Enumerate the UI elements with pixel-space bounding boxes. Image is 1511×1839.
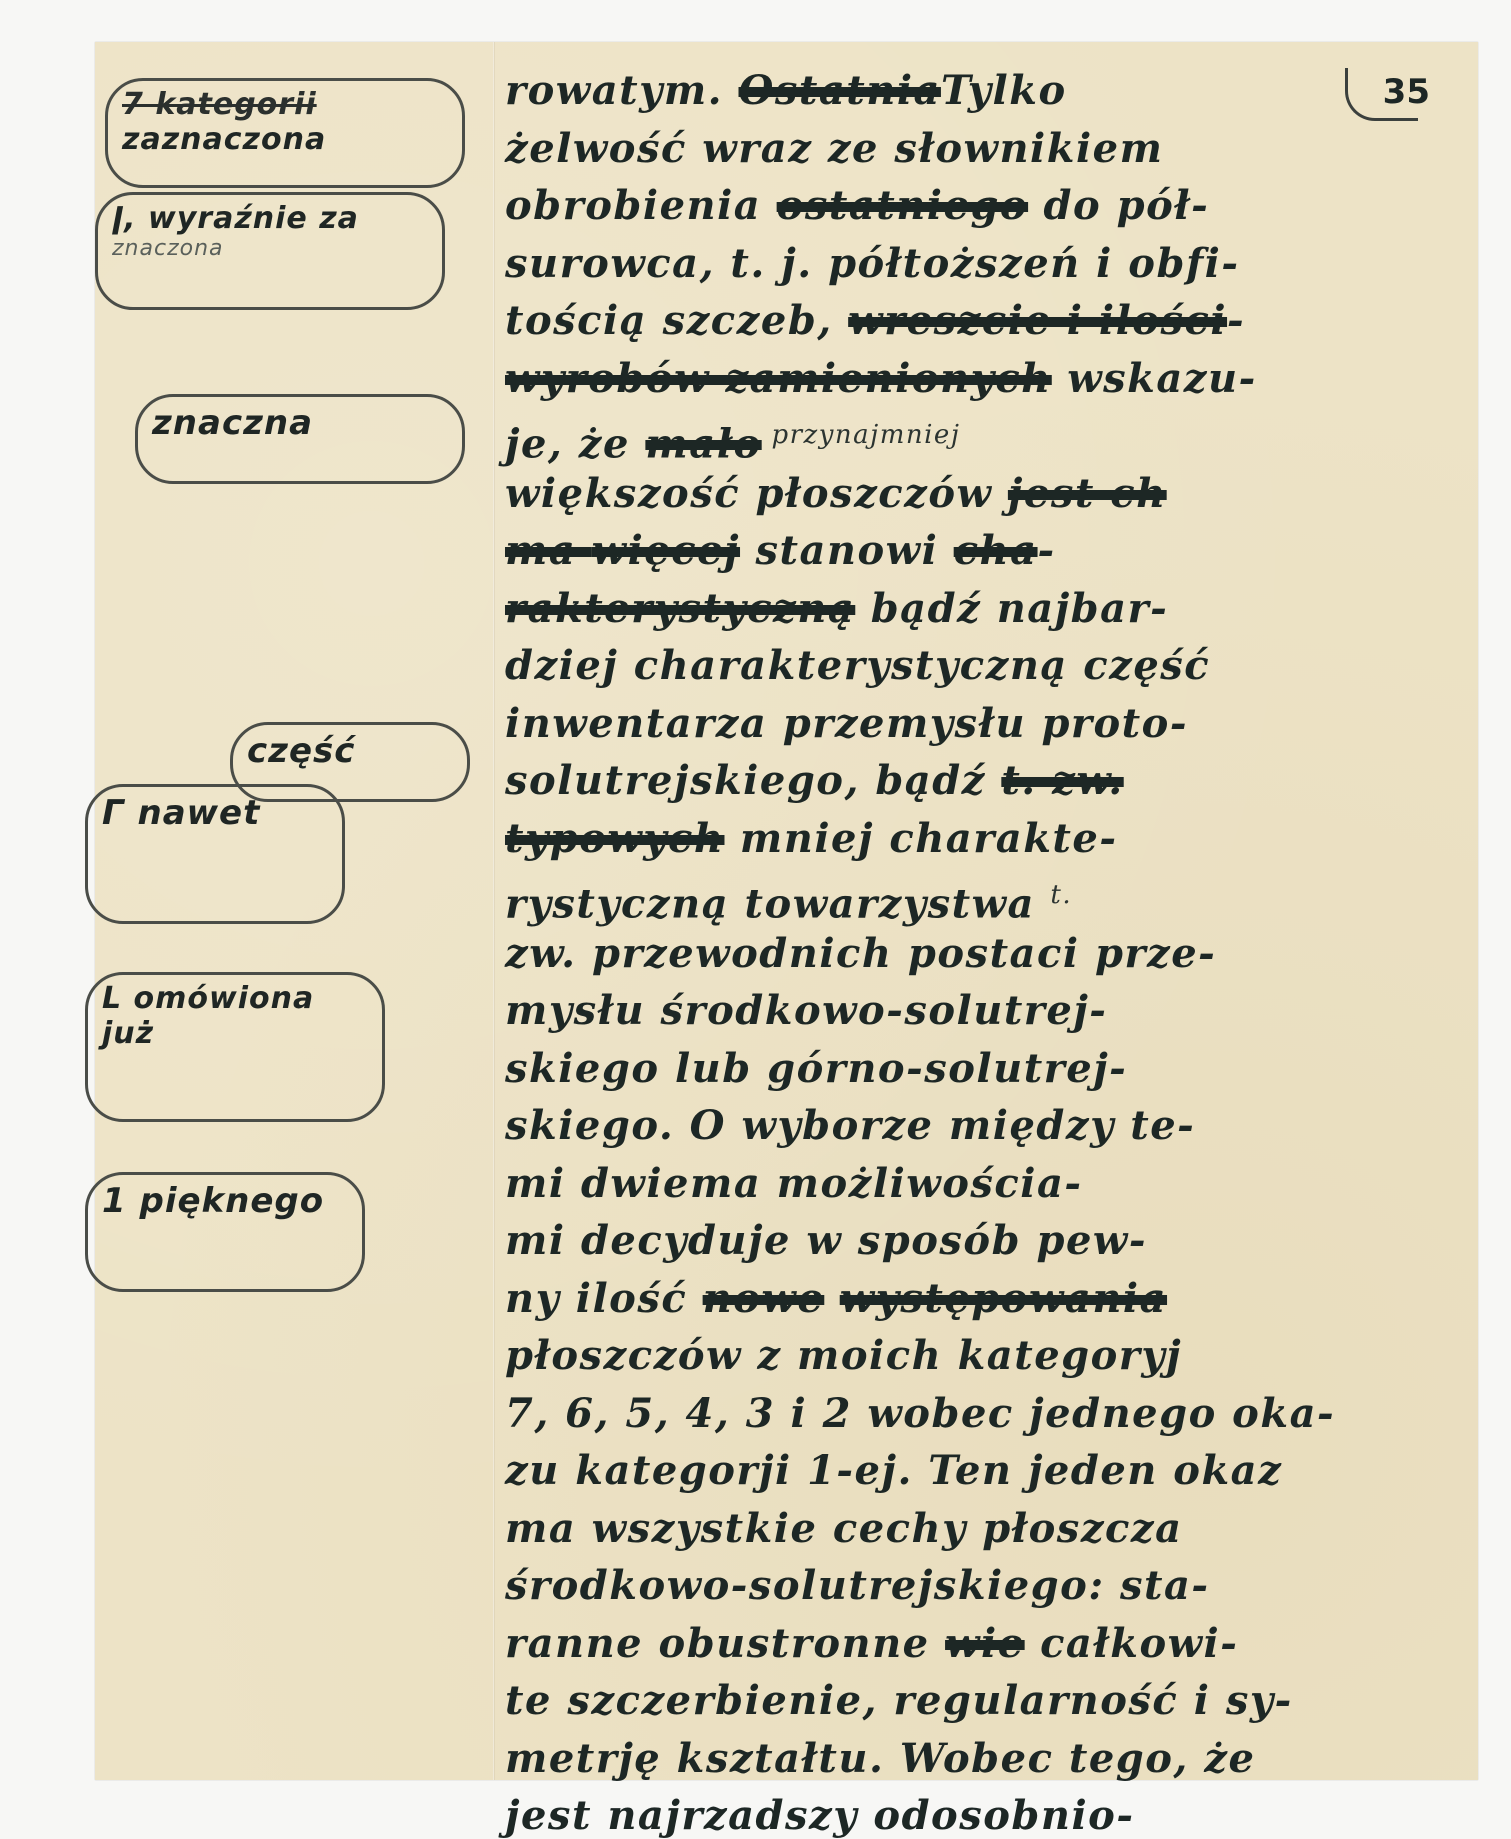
text-line: rystyczną towarzystwa t. <box>505 867 1465 925</box>
margin-note-line: znaczna <box>152 403 448 443</box>
text-line: je, że mało przynajmniej <box>505 407 1465 465</box>
text-line: skiego lub górno-solutrej- <box>505 1040 1465 1098</box>
text-segment: rystyczną towarzystwa <box>505 880 1050 927</box>
text-line: tością szczeb, wreszcie i ilości- <box>505 292 1465 350</box>
struck-text: wie <box>945 1620 1025 1667</box>
text-segment: skiego. O wyborze między te- <box>505 1102 1195 1149</box>
margin-note-line: 1 pięknego <box>102 1181 348 1221</box>
text-segment: mysłu środkowo-solutrej- <box>505 987 1107 1034</box>
text-line: typowych mniej charakte- <box>505 810 1465 868</box>
text-line: większość płoszczów jest ch <box>505 465 1465 523</box>
margin-column: 7 kategoriizaznaczonaǀ, wyraźnie zaznacz… <box>95 42 493 1780</box>
fold-line <box>493 42 495 1780</box>
margin-note-line: zaznaczona <box>122 122 448 157</box>
struck-text: wyrobów zamienionych <box>505 355 1052 402</box>
text-segment: stanowi <box>740 527 954 574</box>
inserted-text: przynajmniej <box>762 420 961 450</box>
struck-text: cha <box>954 527 1038 574</box>
margin-note-line: Γ nawet <box>102 793 328 833</box>
struck-text: jest ch <box>1008 470 1167 517</box>
margin-note: ǀ, wyraźnie zaznaczona <box>95 192 445 310</box>
text-line: zw. przewodnich postaci prze- <box>505 925 1465 983</box>
text-line: jest najrzadszy odosobnio- <box>505 1787 1465 1839</box>
text-line: środkowo-solutrejskiego: sta- <box>505 1557 1465 1615</box>
margin-note-line: już <box>102 1016 368 1051</box>
text-segment: inwentarza przemysłu proto- <box>505 700 1188 747</box>
text-segment: ny ilość <box>505 1275 703 1322</box>
margin-note: znaczna <box>135 394 465 484</box>
text-segment: wskazu- <box>1052 355 1257 402</box>
margin-note: L omówionajuż <box>85 972 385 1122</box>
text-segment: dziej charakterystyczną część <box>505 642 1210 689</box>
struck-text: występowania <box>840 1275 1167 1322</box>
text-line: rakterystyczną bądź najbar- <box>505 580 1465 638</box>
text-segment: solutrejskiego, bądź <box>505 757 1001 804</box>
manuscript-page: 7 kategoriizaznaczonaǀ, wyraźnie zaznacz… <box>95 42 1478 1780</box>
text-line: solutrejskiego, bądź t. zw. <box>505 752 1465 810</box>
text-segment: bądź najbar- <box>855 585 1168 632</box>
text-segment: zu kategorji 1-ej. Ten jeden okaz <box>505 1447 1282 1494</box>
margin-note-line: ǀ, wyraźnie za <box>112 201 428 236</box>
struck-text: rakterystyczną <box>505 585 855 632</box>
text-line: żelwość wraz ze słownikiem <box>505 120 1465 178</box>
text-segment: skiego lub górno-solutrej- <box>505 1045 1127 1092</box>
text-segment: mniej charakte- <box>724 815 1117 862</box>
margin-note-line: L omówiona <box>102 981 368 1016</box>
text-segment: jest najrzadszy odosobnio- <box>505 1792 1134 1839</box>
text-line: inwentarza przemysłu proto- <box>505 695 1465 753</box>
text-segment <box>824 1275 839 1322</box>
text-segment: płoszczów z moich kategoryj <box>505 1332 1182 1379</box>
text-segment: rowatym. <box>505 67 739 114</box>
struck-text: Ostatnia <box>739 67 941 114</box>
text-line: ma wszystkie cechy płoszcza <box>505 1500 1465 1558</box>
text-segment: ranne obustronne <box>505 1620 945 1667</box>
struck-text: więcej <box>592 527 740 574</box>
margin-note-line: część <box>247 731 453 771</box>
text-line: zu kategorji 1-ej. Ten jeden okaz <box>505 1442 1465 1500</box>
struck-text: t. zw. <box>1001 757 1123 804</box>
text-line: 7, 6, 5, 4, 3 i 2 wobec jednego oka- <box>505 1385 1465 1443</box>
margin-note: Γ nawet <box>85 784 345 924</box>
text-segment: środkowo-solutrejskiego: sta- <box>505 1562 1210 1609</box>
struck-text: mało <box>645 420 761 467</box>
text-segment: - <box>1227 297 1245 344</box>
inserted-text: t. <box>1050 880 1072 910</box>
text-segment: mi dwiema możliwościa- <box>505 1160 1082 1207</box>
struck-text: ma <box>505 527 592 574</box>
text-line: ranne obustronne wie całkowi- <box>505 1615 1465 1673</box>
struck-text: nowe <box>703 1275 825 1322</box>
text-line: ny ilość nowe występowania <box>505 1270 1465 1328</box>
margin-note: 1 pięknego <box>85 1172 365 1292</box>
text-segment: mi decyduje w sposób pew- <box>505 1217 1147 1264</box>
margin-note-line: 7 kategorii <box>122 87 448 122</box>
text-segment: je, że <box>505 420 645 467</box>
text-segment: ma wszystkie cechy płoszcza <box>505 1505 1183 1552</box>
struck-text: typowych <box>505 815 724 862</box>
text-line: mi dwiema możliwościa- <box>505 1155 1465 1213</box>
text-line: wyrobów zamienionych wskazu- <box>505 350 1465 408</box>
margin-note: 7 kategoriizaznaczona <box>105 78 465 188</box>
text-line: mysłu środkowo-solutrej- <box>505 982 1465 1040</box>
text-segment: - <box>1038 527 1056 574</box>
text-segment: metrję kształtu. Wobec tego, że <box>505 1735 1255 1782</box>
text-line: ma więcej stanowi cha- <box>505 522 1465 580</box>
struck-text: ostatniego <box>777 182 1028 229</box>
text-segment: tością szczeb, <box>505 297 848 344</box>
text-line: skiego. O wyborze między te- <box>505 1097 1465 1155</box>
text-line: te szczerbienie, regularność i sy- <box>505 1672 1465 1730</box>
text-segment: do pół- <box>1028 182 1209 229</box>
struck-text: wreszcie i ilości <box>848 297 1227 344</box>
text-segment: większość płoszczów <box>505 470 1008 517</box>
text-line: mi decyduje w sposób pew- <box>505 1212 1465 1270</box>
margin-note-line: znaczona <box>112 236 428 261</box>
text-line: rowatym. OstatniaTylko <box>505 62 1465 120</box>
text-segment: całkowi- <box>1025 1620 1239 1667</box>
text-line: dziej charakterystyczną część <box>505 637 1465 695</box>
text-segment: 7, 6, 5, 4, 3 i 2 wobec jednego oka- <box>505 1390 1335 1437</box>
text-segment: te szczerbienie, regularność i sy- <box>505 1677 1293 1724</box>
text-segment: Tylko <box>941 67 1067 114</box>
text-segment: surowca, t. j. półtoższeń i obfi- <box>505 240 1239 287</box>
main-text-column: rowatym. OstatniaTylko żelwość wraz ze s… <box>505 62 1465 1839</box>
text-line: metrję kształtu. Wobec tego, że <box>505 1730 1465 1788</box>
text-line: obrobienia ostatniego do pół- <box>505 177 1465 235</box>
text-line: surowca, t. j. półtoższeń i obfi- <box>505 235 1465 293</box>
text-segment: żelwość wraz ze słownikiem <box>505 125 1163 172</box>
text-segment: zw. przewodnich postaci prze- <box>505 930 1216 977</box>
text-line: płoszczów z moich kategoryj <box>505 1327 1465 1385</box>
text-segment: obrobienia <box>505 182 777 229</box>
